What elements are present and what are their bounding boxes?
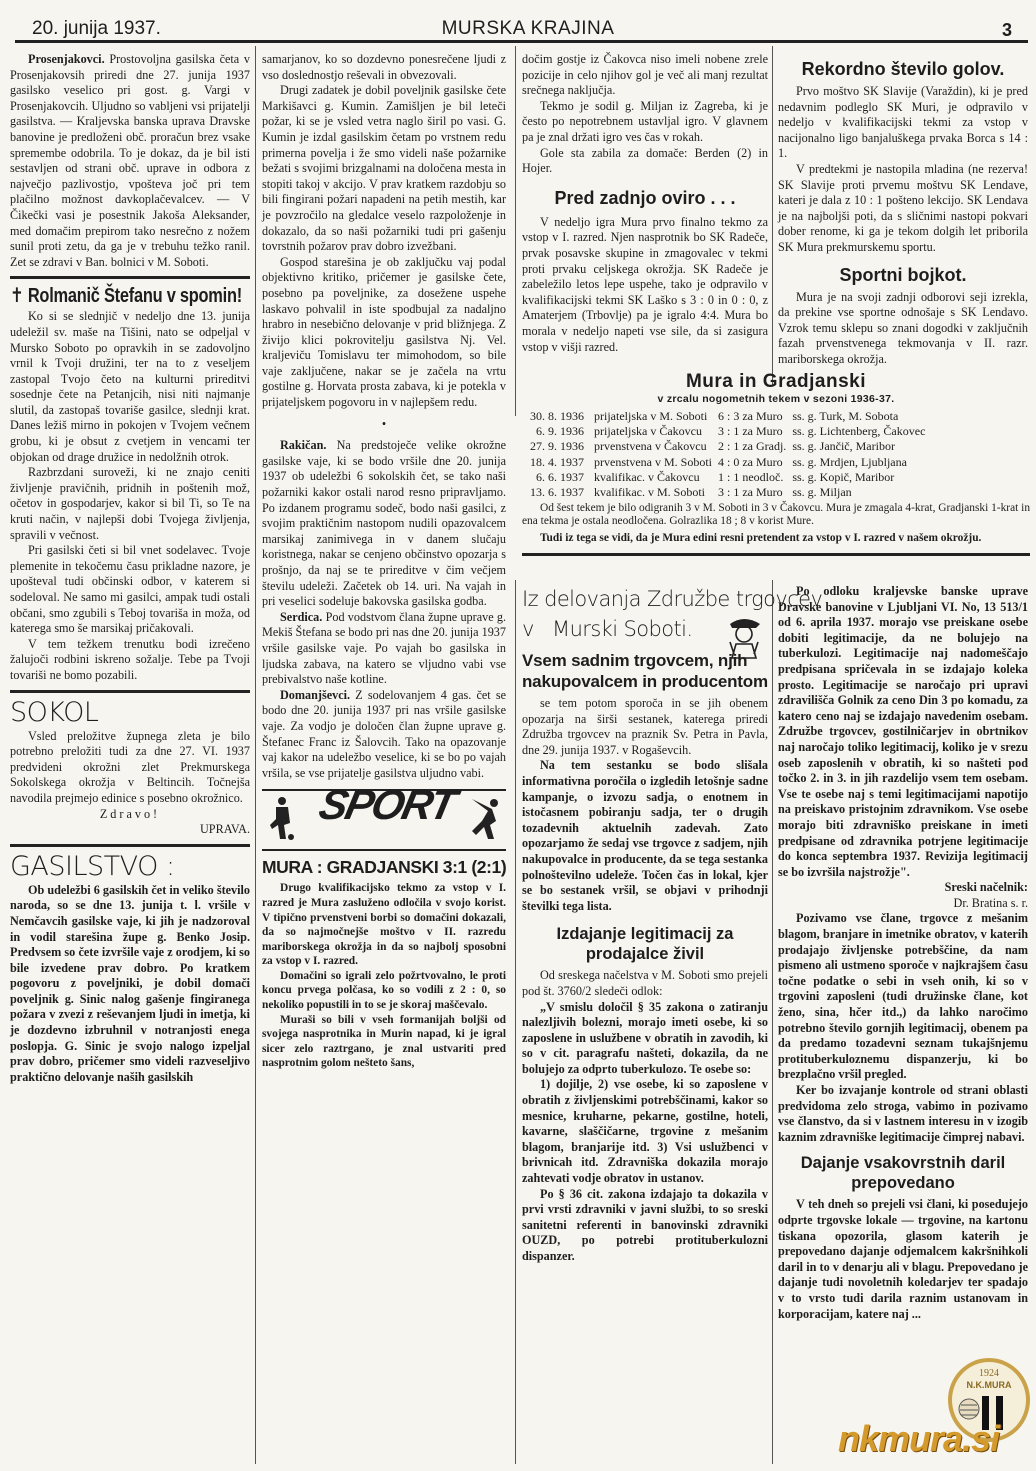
- sport-banner: SPORT: [262, 789, 506, 851]
- article-lead: Serdica.: [280, 610, 322, 624]
- bojkot-text: Mura je na svoji zadnji odborovi seji iz…: [778, 290, 1028, 368]
- results-box: Mura in Gradjanski v zrcalu nogometnih t…: [522, 372, 1030, 560]
- results-table: 30. 8. 1936prijateljska v M. Soboti6 : 3…: [530, 409, 931, 500]
- article-paragraph: Gospod starešina je ob zaključku vaj pod…: [262, 255, 506, 411]
- trade-title-line1: Iz delovanja Združbe trgovcev: [522, 584, 768, 614]
- column-1: Prosenjakovci. Prostovoljna gasilska čet…: [10, 52, 250, 1085]
- darila-text: V teh dneh so prejeli vsi člani, ki pose…: [778, 1197, 1028, 1322]
- match-headline: MURA : GRADJANSKI 3:1 (2:1): [262, 855, 506, 879]
- column-2: samarjanov, ko so dozdevno ponesrečene l…: [262, 52, 506, 1071]
- call-paragraph: Pozivamo vse člane, trgovce z mešanim bl…: [778, 911, 1028, 1083]
- column-4-lower: Po odloku kraljevske banske uprave Dravs…: [778, 584, 1028, 1322]
- article-lead: Domanjševci.: [280, 688, 350, 702]
- merchant-mascot-icon: [722, 614, 766, 660]
- results-subtitle: v zrcalu nogometnih tekem v sezoni 1936-…: [522, 392, 1030, 406]
- match-paragraph: Drugo kvalifikacijsko tekmo za vstop v I…: [262, 881, 506, 969]
- sport-word: SPORT: [318, 797, 455, 813]
- sokol-signature: UPRAVA.: [10, 822, 250, 838]
- article-paragraph: Gole sta zabila za domače: Berden (2) in…: [522, 146, 768, 177]
- page-number: 3: [1002, 20, 1012, 41]
- article-domanjsevci: Domanjševci. Z sodelovanjem 4 gas. čet s…: [262, 688, 506, 782]
- match-paragraph: Muraši so bili v vseh formanijah boljši …: [262, 1013, 506, 1071]
- article-continuation: samarjanov, ko so dozdevno ponesrečene l…: [262, 52, 506, 83]
- watermark-text: nkmura.si: [838, 1418, 999, 1460]
- article-paragraph: Tekmo je sodil g. Miljan iz Zagreba, ki …: [522, 99, 768, 146]
- bojkot-headline: Sportni bojkot.: [778, 262, 1028, 288]
- darila-headline: Dajanje vsakovrstnih daril prepovedano: [782, 1153, 1024, 1193]
- table-row: 13. 6. 1937kvalifikac. v M. Soboti3 : 1 …: [530, 485, 931, 500]
- table-row: 30. 8. 1936prijateljska v M. Soboti6 : 3…: [530, 409, 931, 424]
- memorial-paragraph: V tem težkem trenutku bodi izrečeno žalu…: [10, 637, 250, 684]
- decree-paragraph: Po odloku kraljevske banske uprave Dravs…: [778, 584, 1028, 880]
- section-rule: [10, 844, 250, 847]
- gasilstvo-text: Ob udeležbi 6 gasilskih čet in veliko št…: [10, 883, 250, 1086]
- table-row: 27. 9. 1936prvenstvena v Čakovcu2 : 1 za…: [530, 439, 931, 454]
- trade-paragraph: se tem potom sporoča in se jih obenem op…: [522, 696, 768, 758]
- rekordno-headline: Rekordno število golov.: [778, 56, 1028, 82]
- article-lead: Rakičan.: [280, 438, 326, 452]
- gasilstvo-headline: GASILSTVO :: [10, 851, 250, 883]
- call-paragraph: Ker bo izvajanje kontrole od strani obla…: [778, 1083, 1028, 1145]
- legit-paragraph: Po § 36 cit. zakona izdajajo ta dokazila…: [522, 1187, 768, 1265]
- memorial-paragraph: Razbrzdani suroveži, ki ne znajo ceniti …: [10, 465, 250, 543]
- match-paragraph: Domačini so igrali zelo požrtvovalno, le…: [262, 969, 506, 1013]
- article-lead: Prosenjakovci.: [28, 52, 105, 66]
- signature-title: Sreski načelnik:: [778, 880, 1028, 896]
- legit-paragraph: „V smislu določil § 35 zakona o zatiranj…: [522, 1000, 768, 1078]
- sokol-text: Vsled preložitve župnega zleta je bilo p…: [10, 729, 250, 807]
- section-rule: [10, 690, 250, 693]
- logo-name: N.K.MURA: [952, 1380, 1026, 1390]
- bullet-separator: •: [262, 417, 506, 433]
- column-divider: [772, 46, 773, 386]
- column-divider: [772, 580, 773, 1464]
- table-row: 6. 6. 1937kvalifikac. v Čakovcu1 : 1 neo…: [530, 470, 931, 485]
- article-text: Na predstoječe velike okrožne gasilske v…: [262, 438, 506, 608]
- footballer-icon: [264, 795, 300, 843]
- logo-year: 1924: [952, 1368, 1026, 1379]
- rekordno-paragraph: V predtekmi je nastopila mladina (ne rez…: [778, 162, 1028, 256]
- memorial-headline: ✝ Rolmanič Štefanu v spomin!: [10, 283, 207, 309]
- newspaper-page: 20. junija 1937. MURSKA KRAJINA 3 Prosen…: [0, 0, 1036, 1471]
- article-text: Prostovoljna gasilska četa v Prosenjakov…: [10, 52, 250, 269]
- athlete-icon: [468, 795, 504, 843]
- newspaper-title: MURSKA KRAJINA: [30, 18, 1026, 40]
- article-rakican: Rakičan. Na predstoječe velike okrožne g…: [262, 438, 506, 610]
- column-divider: [515, 46, 516, 416]
- legit-headline: Izdajanje legitimacij za prodajalce živi…: [534, 924, 756, 964]
- legit-paragraph: 1) dojilje, 2) vse osebe, ki so zaposlen…: [522, 1077, 768, 1186]
- sokol-greeting: Zdravo!: [10, 807, 250, 823]
- table-row: 18. 4. 1937prvenstvena v M. Soboti4 : 0 …: [530, 455, 931, 470]
- column-divider: [255, 46, 256, 1464]
- article-serdica: Serdica. Pod vodstvom člana župne uprave…: [262, 610, 506, 688]
- table-row: 6. 9. 1936prijateljska v Čakovcu3 : 1 za…: [530, 424, 931, 439]
- trade-paragraph: Na tem sestanku se bodo slišala informat…: [522, 758, 768, 914]
- column-3-top: dočim gostje iz Čakovca niso imeli noben…: [522, 52, 768, 422]
- cross-icon: ✝: [10, 285, 24, 307]
- column-divider: [515, 580, 516, 1464]
- column-3-lower: Iz delovanja Združbe trgovcev v Murski S…: [522, 584, 768, 1265]
- trade-header: Iz delovanja Združbe trgovcev v Murski S…: [522, 584, 768, 644]
- signature-name: Dr. Bratina s. r.: [778, 896, 1028, 912]
- results-title: Mura in Gradjanski: [522, 372, 1030, 392]
- pred-zadnjo-headline: Pred zadnjo oviro . . .: [522, 185, 768, 211]
- legit-paragraph: Od sreskega načelstva v M. Soboti smo pr…: [522, 968, 768, 999]
- article-paragraph: Drugi zadatek je dobil poveljnik gasilsk…: [262, 83, 506, 255]
- masthead: 20. junija 1937. MURSKA KRAJINA 3: [30, 12, 1026, 40]
- memorial-paragraph: Ko si se slednjič v nedeljo dne 13. juni…: [10, 309, 250, 465]
- section-rule: [10, 276, 250, 279]
- memorial-paragraph: Pri gasilski četi si bil vnet sodelavec.…: [10, 543, 250, 637]
- rekordno-paragraph: Prvo moštvo SK Slavije (Varaždin), ki je…: [778, 84, 1028, 162]
- article-continuation: dočim gostje iz Čakovca niso imeli noben…: [522, 52, 768, 99]
- section-rule: [522, 553, 1030, 556]
- column-4-top: Rekordno število golov. Prvo moštvo SK S…: [778, 52, 1028, 392]
- sokol-headline: SOKOL: [10, 697, 250, 729]
- pred-zadnjo-text: V nedeljo igra Mura prvo finalno tekmo z…: [522, 215, 768, 355]
- masthead-rule: [15, 40, 1028, 43]
- results-conclusion: Tudi iz tega se vidi, da je Mura edini r…: [522, 531, 1030, 545]
- article-prosenjakovci: Prosenjakovci. Prostovoljna gasilska čet…: [10, 52, 250, 270]
- results-summary: Od šest tekem je bilo odigranih 3 v M. S…: [522, 502, 1030, 527]
